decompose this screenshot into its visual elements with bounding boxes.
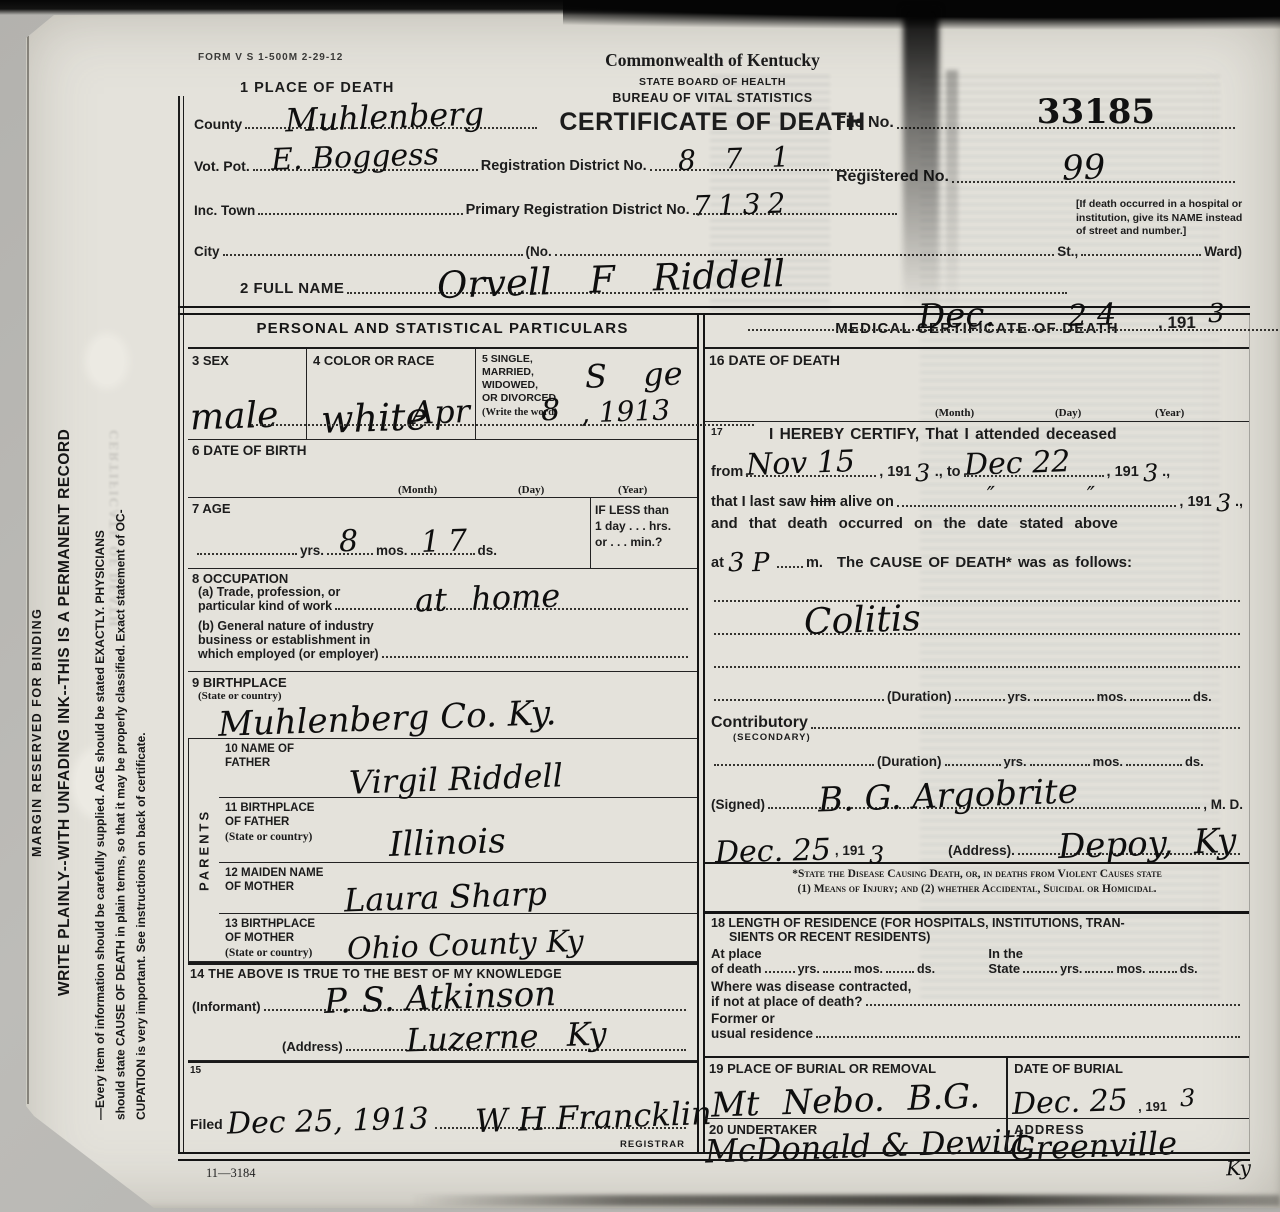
occupation-field: 8 OCCUPATION (a) Trade, profession, or p… xyxy=(188,569,697,672)
contracted-field: Where was disease contracted, xyxy=(711,979,1243,994)
md-label: , M. D. xyxy=(1203,797,1243,812)
death-occurred-line: and that death occurred on the date stat… xyxy=(711,510,1243,541)
occupation-value: at home xyxy=(415,579,561,616)
age-line: yrs. 8 mos. 17 ds. xyxy=(194,543,584,558)
in-state-field: In the State yrs. mos. ds. xyxy=(978,946,1243,976)
scan-bottom-streak xyxy=(410,1195,1280,1206)
scan-artifact-strip xyxy=(903,8,939,308)
file-no-label: File No. xyxy=(836,114,894,132)
contributory-duration-line: (Duration) yrs. mos. ds. xyxy=(711,743,1243,769)
occupation-b-line: which employed (or employer) xyxy=(198,647,691,661)
informant-row: (Informant) P. S. Atkinson xyxy=(192,999,689,1014)
month-caption: (Month) xyxy=(935,407,974,419)
signed-date-row: Dec. 25 , 191 3 (Address). Depoy, Ky xyxy=(705,816,1249,864)
scanned-document: MARGIN RESERVED FOR BINDING WRITE PLAINL… xyxy=(0,0,1280,1212)
full-name-value: Orvell F Riddell xyxy=(437,255,786,304)
birthplace-label: 9 BIRTHPLACE xyxy=(192,675,287,690)
burial-date-field: DATE OF BURIAL Dec. 25 , 191 3 xyxy=(1006,1058,1249,1118)
dod-year-digit: 3 xyxy=(1208,301,1225,328)
personal-section: PERSONAL AND STATISTICAL PARTICULARS 3 S… xyxy=(188,313,697,1154)
file-no-value: 33185 xyxy=(1037,95,1155,129)
informant-label: (Informant) xyxy=(192,999,261,1014)
cause-of-death-value: Colitis xyxy=(803,601,921,641)
age-months-value: 8 xyxy=(339,527,359,558)
undertaker-value: McDonald & Dewitt xyxy=(705,1124,1029,1167)
registrar-caption: REGISTRAR xyxy=(620,1139,685,1150)
ditto-mark: ″ xyxy=(986,485,995,507)
primary-district-label: Primary Registration District No. xyxy=(466,202,690,218)
inc-town-row: Inc. Town Primary Registration District … xyxy=(194,202,900,218)
paper-left-edge xyxy=(27,36,29,1104)
mother-birthplace-value: Ohio County Ky xyxy=(347,927,585,965)
ward-line xyxy=(1081,254,1201,256)
if-less-field: IF LESS than 1 day . . . hrs. or . . . m… xyxy=(590,498,697,568)
informant-section: 14 THE ABOVE IS TRUE TO THE BEST OF MY K… xyxy=(188,962,697,1061)
undertaker-row: 20 UNDERTAKER McDonald & Dewitt ADDRESS … xyxy=(705,1119,1249,1154)
dod-label: 16 DATE OF DEATH xyxy=(709,352,840,368)
dob-label: 6 DATE OF BIRTH xyxy=(192,443,307,458)
at-place-of-death-field: At place of death yrs. mos. ds. xyxy=(711,946,978,976)
filed-section: 15 Filed Dec 25, 1913 W H Francklin REGI… xyxy=(188,1061,697,1154)
day-caption: (Day) xyxy=(1055,407,1081,419)
birthplace-field: 9 BIRTHPLACE (State or country) Muhlenbe… xyxy=(188,672,697,739)
parents-label: PARENTS xyxy=(188,739,219,961)
registered-no-line: 99 xyxy=(952,181,1235,183)
city-label: City xyxy=(194,244,220,259)
full-name-label: 2 FULL NAME xyxy=(240,280,344,297)
margin-write-plainly-note: WRITE PLAINLY--WITH UNFADING INK--THIS I… xyxy=(56,340,74,1085)
father-birthplace-field: 11 BIRTHPLACE OF FATHER (State or countr… xyxy=(219,798,697,863)
month-caption: (Month) xyxy=(398,484,437,496)
street-no-label: (No. xyxy=(526,244,552,259)
county-label: County xyxy=(194,116,242,132)
undertaker-address-field: ADDRESS Greenville Ky xyxy=(1006,1119,1249,1154)
inc-town-label: Inc. Town xyxy=(194,203,255,218)
dod-field: 16 DATE OF DEATH Dec. 24 , 191 3 (Month)… xyxy=(705,349,1249,422)
cause-of-death-field: Colitis (Duration) yrs. mos. d xyxy=(705,572,1249,706)
street-label: St., xyxy=(1057,244,1078,259)
registered-no-value: 99 xyxy=(1061,150,1105,185)
contributory-label: Contributory xyxy=(711,714,808,732)
dod-line: Dec. 24 , 191 3 xyxy=(748,329,1280,331)
undertaker-address-value: Greenville xyxy=(1010,1127,1178,1165)
cause-intro: The CAUSE OF DEATH* was as follows: xyxy=(837,554,1132,571)
physician-address-label: (Address). xyxy=(948,843,1015,858)
age-label: 7 AGE xyxy=(192,501,231,516)
dob-month-value: Apr xyxy=(410,395,470,429)
personal-section-title: PERSONAL AND STATISTICAL PARTICULARS xyxy=(188,313,697,349)
medical-section: MEDICAL CERTIFICATE OF DEATH 16 DATE OF … xyxy=(705,313,1250,1154)
margin-instruction-line: CUPATION is very important. See instruct… xyxy=(131,80,151,1120)
signed-row: (Signed) B. G. Argobrite , M. D. xyxy=(705,772,1249,816)
attended-from-value: Nov 15 xyxy=(746,447,856,481)
burial-date-label: DATE OF BURIAL xyxy=(1014,1061,1123,1076)
voting-precinct-value: E. Boggess xyxy=(270,140,439,176)
voting-precinct-label: Vot. Pot. xyxy=(194,158,250,174)
attended-to-value: Dec 22 xyxy=(963,447,1070,481)
city-line xyxy=(223,254,523,256)
last-saw-line: that I last saw him alive on ″ ″ , 191 3… xyxy=(711,480,1243,510)
signed-label: (Signed) xyxy=(711,797,765,812)
birthplace-value: Muhlenberg Co. Ky. xyxy=(218,696,557,742)
time-cause-line: at 3 P m. The CAUSE OF DEATH* was as fol… xyxy=(711,541,1243,571)
day-caption: (Day) xyxy=(518,484,544,496)
inc-town-line xyxy=(258,213,462,215)
form-number: 11—3184 xyxy=(206,1166,256,1181)
informant-address-row: (Address) Luzerne Ky xyxy=(282,1039,689,1054)
residence-section: 18 LENGTH OF RESIDENCE (FOR HOSPITALS, I… xyxy=(705,914,1249,1058)
margin-binding-note: MARGIN RESERVED FOR BINDING xyxy=(30,462,44,1002)
year-caption: (Year) xyxy=(1155,407,1184,419)
informant-address-value: Luzerne Ky xyxy=(405,1018,607,1057)
occupation-label: 8 OCCUPATION xyxy=(192,571,288,586)
scan-artifact-strip xyxy=(946,70,958,310)
dod-year-printed: , 191 xyxy=(1158,313,1196,333)
former-residence-field: Former or xyxy=(711,1011,1243,1026)
age-field: 7 AGE yrs. 8 mos. 17 xyxy=(188,498,590,568)
burial-row: 19 PLACE OF BURIAL OR REMOVAL Mt Nebo. B… xyxy=(705,1058,1249,1119)
dob-day-value: 8 xyxy=(540,396,560,427)
mother-name-value: Laura Sharp xyxy=(344,877,548,916)
county-line: Muhlenberg xyxy=(245,127,537,129)
father-name-value: Virgil Riddell xyxy=(349,759,564,798)
duration-line: (Duration) yrs. mos. ds. xyxy=(711,671,1243,704)
primary-district-line: 7132 xyxy=(693,213,897,215)
occupation-a-line2: particular kind of work at home xyxy=(198,599,691,613)
registered-no-row: Registered No. 99 xyxy=(836,168,1238,186)
ward-label: Ward) xyxy=(1204,244,1242,259)
informant-value: P. S. Atkinson xyxy=(323,977,556,1019)
state-board-line: STATE BOARD OF HEALTH xyxy=(540,76,885,88)
certificate-paper: MARGIN RESERVED FOR BINDING WRITE PLAINL… xyxy=(20,10,1280,1208)
contributory-field: Contributory (SECONDARY) (Duration) yrs.… xyxy=(705,706,1249,772)
filed-label: Filed xyxy=(190,1116,223,1132)
ditto-mark: ″ xyxy=(1086,485,1095,507)
cause-footnote: *State the Disease Causing Death, or, in… xyxy=(705,864,1249,914)
race-label: 4 COLOR OR RACE xyxy=(313,353,434,368)
age-row: 7 AGE yrs. 8 mos. 17 xyxy=(188,498,697,569)
attended-from-line: from Nov 15 , 191 3 ., to Dec 22 , 191 xyxy=(711,448,1243,480)
bureau-line: BUREAU OF VITAL STATISTICS xyxy=(540,91,885,105)
undertaker-address-state: Ky xyxy=(1226,1158,1252,1179)
registration-district-line: 8 7 1 xyxy=(650,169,881,171)
registration-district-value: 8 7 1 xyxy=(677,143,799,175)
marital-value: S ge xyxy=(585,357,684,392)
county-row: County Muhlenberg xyxy=(194,116,540,132)
dod-day-value: 24 xyxy=(1067,300,1126,332)
form-code: FORM V S 1-500M 2-29-12 xyxy=(198,52,343,63)
occupation-a-line1: (a) Trade, profession, or xyxy=(198,585,340,599)
sex-value: male xyxy=(189,397,279,436)
birthplace-sublabel: (State or country) xyxy=(198,690,282,702)
undertaker-field: 20 UNDERTAKER McDonald & Dewitt xyxy=(705,1119,1006,1154)
year-caption: (Year) xyxy=(618,484,647,496)
registration-district-label: Registration District No. xyxy=(481,158,647,174)
filed-date-value: Dec 25, 1913 xyxy=(226,1104,428,1139)
sex-label: 3 SEX xyxy=(192,353,229,368)
commonwealth-title: Commonwealth of Kentucky xyxy=(540,50,885,71)
father-birthplace-value: Illinois xyxy=(388,824,506,862)
county-value: Muhlenberg xyxy=(285,98,485,137)
certificate-title: CERTIFICATE OF DEATH xyxy=(540,108,885,137)
column-divider-rule xyxy=(697,313,705,1154)
full-name-line: Orvell F Riddell xyxy=(347,292,1067,294)
physician-address-value: Depoy, Ky xyxy=(1057,824,1236,864)
mother-birthplace-field: 13 BIRTHPLACE OF MOTHER (State or countr… xyxy=(219,914,697,961)
age-days-value: 17 xyxy=(420,526,475,558)
filed-row: Filed Dec 25, 1913 W H Francklin xyxy=(190,1102,689,1132)
father-name-field: 10 NAME OF FATHER Virgil Riddell xyxy=(219,739,697,798)
certify-heading: I HEREBY CERTIFY, That I attended deceas… xyxy=(769,426,1117,444)
physician-signature: B. G. Argobrite xyxy=(817,774,1078,817)
certificate-form: FORM V S 1-500M 2-29-12 1 PLACE OF DEATH… xyxy=(188,50,1250,1154)
registrar-signature: W H Francklin xyxy=(475,1097,713,1137)
filed-item-no: 15 xyxy=(190,1065,201,1076)
file-no-row: File No. 33185 xyxy=(836,114,1238,132)
mos-label: mos. xyxy=(376,543,408,558)
certify-paragraph: 17 I HEREBY CERTIFY, That I attended dec… xyxy=(705,422,1249,572)
certify-item-no: 17 xyxy=(711,426,723,438)
ds-label: ds. xyxy=(478,543,498,558)
parents-section: PARENTS 10 NAME OF FATHER Virgil Riddell xyxy=(188,739,697,962)
secondary-caption: (SECONDARY) xyxy=(711,732,1243,743)
street-no-line xyxy=(555,254,1054,256)
yrs-label: yrs. xyxy=(300,543,324,558)
burial-place-field: 19 PLACE OF BURIAL OR REMOVAL Mt Nebo. B… xyxy=(705,1058,1006,1118)
dob-field: 6 DATE OF BIRTH Apr 8 , 1913 (Month) (Da… xyxy=(188,440,697,498)
dob-line: Apr 8 , 1913 xyxy=(251,424,754,426)
burial-place-value: Mt Nebo. B.G. xyxy=(710,1079,980,1122)
primary-district-value: 7132 xyxy=(692,189,792,220)
burial-date-value: Dec. 25 xyxy=(1012,1086,1129,1120)
informant-address-label: (Address) xyxy=(282,1039,343,1054)
voting-precinct-line: E. Boggess xyxy=(253,169,478,171)
mother-name-field: 12 MAIDEN NAME OF MOTHER Laura Sharp xyxy=(219,863,697,914)
hospital-note: [If death occurred in a hospital or inst… xyxy=(1076,198,1248,239)
him-struck-word: him xyxy=(810,494,836,510)
agency-header: Commonwealth of Kentucky STATE BOARD OF … xyxy=(540,50,885,137)
dob-year-value: , 1913 xyxy=(581,396,671,427)
binding-rule xyxy=(178,96,184,1154)
bleed-through-title: CERTIFICATE OF DEATH xyxy=(106,430,122,680)
district-row: Vot. Pot. E. Boggess Registration Distri… xyxy=(194,158,884,174)
place-of-death-heading: 1 PLACE OF DEATH xyxy=(240,80,394,96)
paper-corner-cut xyxy=(29,1128,154,1212)
burial-place-label: 19 PLACE OF BURIAL OR REMOVAL xyxy=(709,1061,936,1076)
